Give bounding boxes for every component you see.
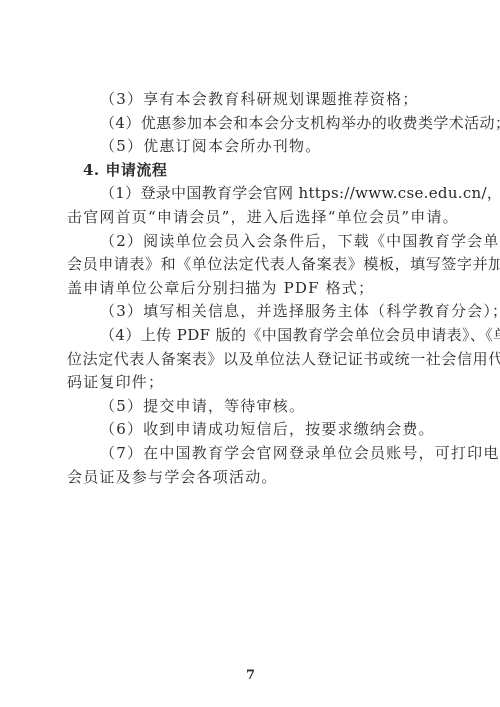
body-text: （3）享有本会教育科研规划课题推荐资格； （4）优惠参加本会和本会分支机构举办的…: [67, 88, 435, 489]
step-2-line: 盖申请单位公章后分别扫描为 PDF 格式；: [67, 277, 435, 301]
benefit-item: （4）优惠参加本会和本会分支机构举办的收费类学术活动；: [67, 112, 435, 136]
step-7-line: （7）在中国教育学会官网登录单位会员账号，可打印电子: [67, 442, 435, 466]
step-4-line: （4）上传 PDF 版的《中国教育学会单位会员申请表》、《单: [67, 324, 435, 348]
step-3-line: （3）填写相关信息，并选择服务主体（科学教育分会）；: [67, 300, 435, 324]
step-4-line: 码证复印件；: [67, 371, 435, 395]
step-7-line: 会员证及参与学会各项活动。: [67, 466, 435, 490]
document-page: （3）享有本会教育科研规划课题推荐资格； （4）优惠参加本会和本会分支机构举办的…: [0, 0, 500, 707]
step-5-line: （5）提交申请，等待审核。: [67, 395, 435, 419]
section-heading: 4. 申请流程: [67, 159, 435, 183]
step-6-line: （6）收到申请成功短信后，按要求缴纳会费。: [67, 418, 435, 442]
benefit-item: （3）享有本会教育科研规划课题推荐资格；: [67, 88, 435, 112]
step-1-line: 击官网首页“申请会员”，进入后选择“单位会员”申请。: [67, 206, 435, 230]
benefit-item: （5）优惠订阅本会所办刊物。: [67, 135, 435, 159]
step-1-line: （1）登录中国教育学会官网 https://www.cse.edu.cn/，点: [67, 182, 435, 206]
step-2-line: 会员申请表》和《单位法定代表人备案表》模板，填写签字并加: [67, 253, 435, 277]
step-4-line: 位法定代表人备案表》以及单位法人登记证书或统一社会信用代: [67, 348, 435, 372]
step-2-line: （2）阅读单位会员入会条件后，下载《中国教育学会单位: [67, 230, 435, 254]
page-number: 7: [246, 668, 255, 683]
